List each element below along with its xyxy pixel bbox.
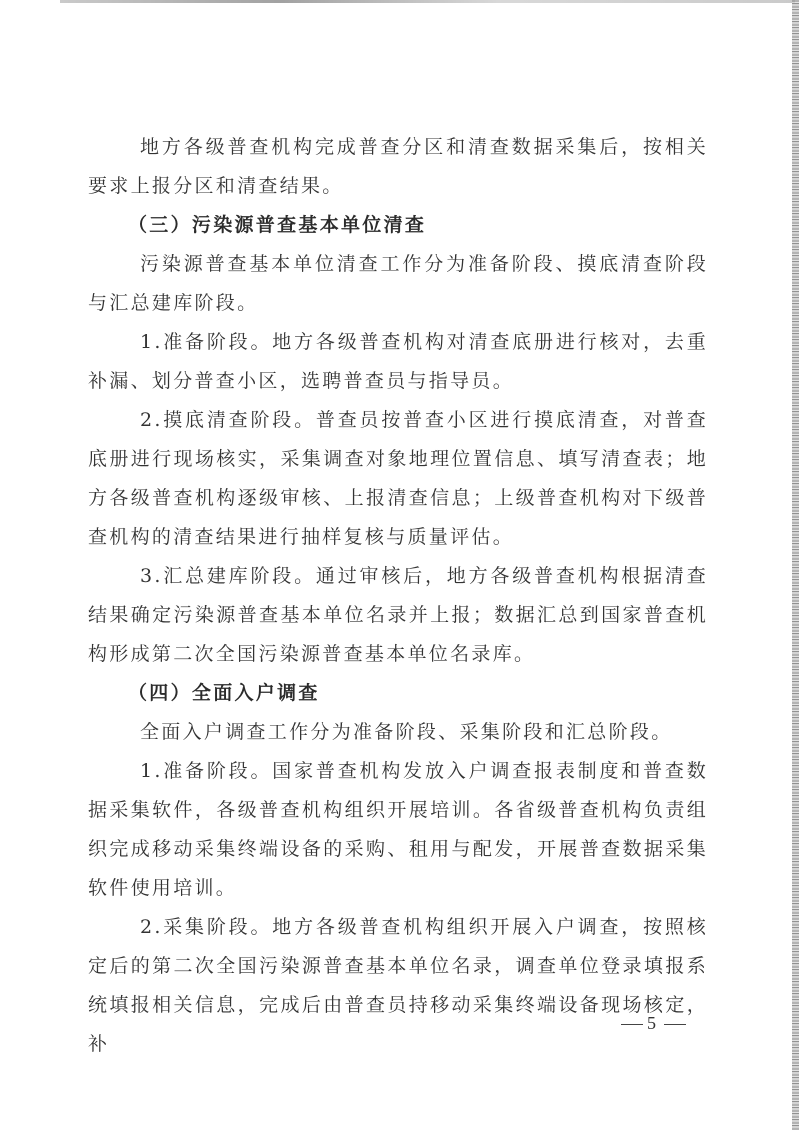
paragraph-report-results: 地方各级普查机构完成普查分区和清查数据采集后，按相关要求上报分区和清查结果。 bbox=[88, 128, 708, 206]
section-heading-3: （三）污染源普查基本单位清查 bbox=[88, 206, 708, 245]
paragraph-collection-stage: 2.采集阶段。地方各级普查机构组织开展入户调查，按照核定后的第二次全国污染源普查… bbox=[88, 908, 708, 1064]
document-page: 地方各级普查机构完成普查分区和清查数据采集后，按相关要求上报分区和清查结果。 （… bbox=[88, 128, 708, 1064]
page-number: 5 bbox=[617, 1013, 690, 1034]
page-number-dash-right bbox=[664, 1024, 686, 1025]
scan-right-edge bbox=[792, 0, 799, 1130]
paragraph-household-preparation: 1.准备阶段。国家普查机构发放入户调查报表制度和普查数据采集软件，各级普查机构组… bbox=[88, 752, 708, 908]
paragraph-survey-stage: 2.摸底清查阶段。普查员按普查小区进行摸底清查，对普查底册进行现场核实，采集调查… bbox=[88, 401, 708, 557]
paragraph-census-stages: 污染源普查基本单位清查工作分为准备阶段、摸底清查阶段与汇总建库阶段。 bbox=[88, 245, 708, 323]
section-heading-4: （四）全面入户调查 bbox=[88, 674, 708, 713]
paragraph-summary-stage: 3.汇总建库阶段。通过审核后，地方各级普查机构根据清查结果确定污染源普查基本单位… bbox=[88, 557, 708, 674]
scan-top-edge bbox=[60, 0, 795, 3]
page-number-value: 5 bbox=[647, 1013, 660, 1033]
page-number-dash-left bbox=[621, 1024, 643, 1025]
paragraph-household-stages: 全面入户调查工作分为准备阶段、采集阶段和汇总阶段。 bbox=[88, 713, 708, 752]
paragraph-preparation-stage: 1.准备阶段。地方各级普查机构对清查底册进行核对，去重补漏、划分普查小区，选聘普… bbox=[88, 323, 708, 401]
